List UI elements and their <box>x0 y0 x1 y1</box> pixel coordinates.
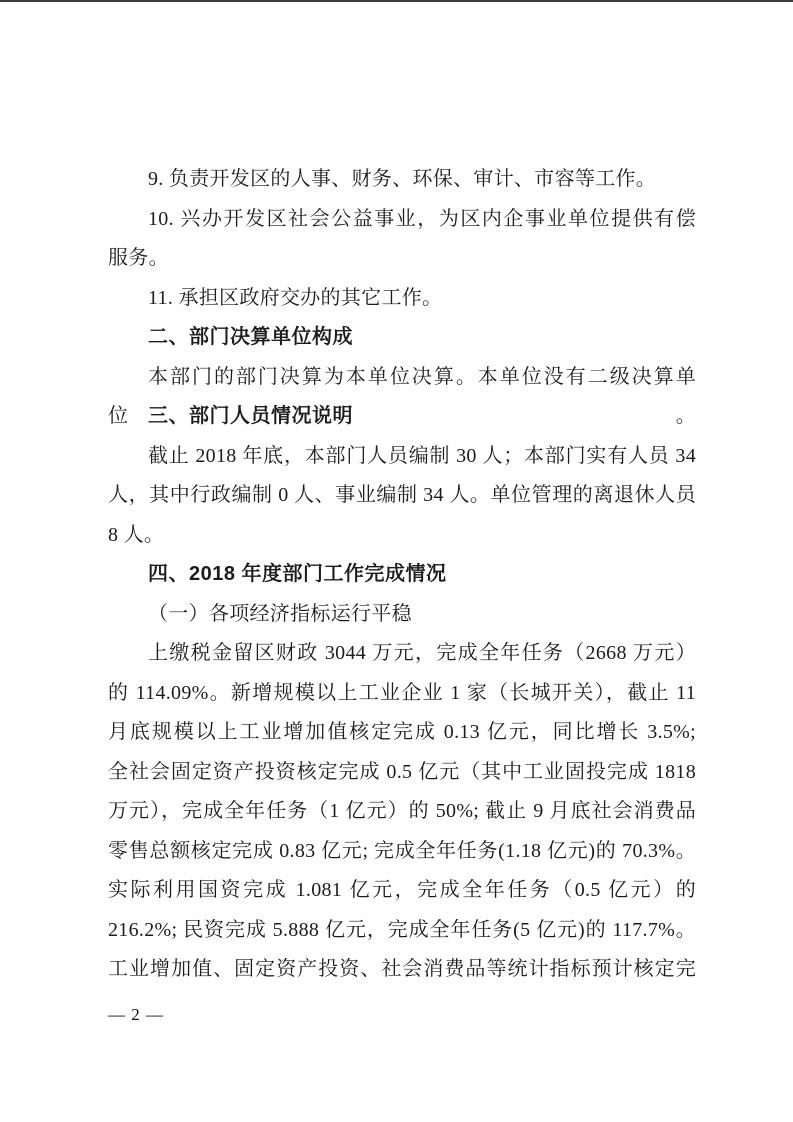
para-unit-composition: 本部门的部门决算为本单位决算。本单位没有二级决算单位。 <box>108 358 696 398</box>
page-number: — 2 — <box>108 1001 164 1029</box>
para-econ-line-7: 实际利用国资完成 1.081 亿元，完成全年任务（0.5 亿元）的 <box>108 871 696 911</box>
work-item-9: 9. 负责开发区的人事、财务、环保、审计、市容等工作。 <box>108 160 696 200</box>
section-heading-4: 四、2018 年度部门工作完成情况 <box>108 555 696 595</box>
para-econ-line-8: 216.2%; 民资完成 5.888 亿元，完成全年任务(5 亿元)的 117.… <box>108 911 696 951</box>
subsection-heading-4-1: （一）各项经济指标运行平稳 <box>108 595 696 635</box>
para-personnel-line-2: 人，其中行政编制 0 人、事业编制 34 人。单位管理的离退休人员 <box>108 476 696 516</box>
para-econ-line-6: 零售总额核定完成 0.83 亿元; 完成全年任务(1.18 亿元)的 70.3%… <box>108 832 696 872</box>
work-item-10-line-1: 10. 兴办开发区社会公益事业，为区内企事业单位提供有偿 <box>108 200 696 240</box>
para-personnel-line-1: 截止 2018 年底，本部门人员编制 30 人；本部门实有人员 34 <box>108 437 696 477</box>
section-heading-2: 二、部门决算单位构成 <box>108 318 696 358</box>
para-econ-line-1: 上缴税金留区财政 3044 万元，完成全年任务（2668 万元） <box>108 634 696 674</box>
para-econ-line-9: 工业增加值、固定资产投资、社会消费品等统计指标预计核定完 <box>108 950 696 990</box>
para-personnel-line-3: 8 人。 <box>108 516 696 556</box>
para-econ-line-5: 万元），完成全年任务（1 亿元）的 50%; 截止 9 月底社会消费品 <box>108 792 696 832</box>
document-page: 9. 负责开发区的人事、财务、环保、审计、市容等工作。 10. 兴办开发区社会公… <box>0 0 793 1122</box>
para-econ-line-4: 全社会固定资产投资核定完成 0.5 亿元（其中工业固投完成 1818 <box>108 753 696 793</box>
work-item-11: 11. 承担区政府交办的其它工作。 <box>108 279 696 319</box>
work-item-10-line-2: 服务。 <box>108 239 696 279</box>
para-econ-line-3: 月底规模以上工业增加值核定完成 0.13 亿元，同比增长 3.5%; <box>108 713 696 753</box>
para-econ-line-2: 的 114.09%。新增规模以上工业企业 1 家（长城开关），截止 11 <box>108 674 696 714</box>
document-body: 9. 负责开发区的人事、财务、环保、审计、市容等工作。 10. 兴办开发区社会公… <box>108 160 696 990</box>
scan-edge-line <box>0 0 793 2</box>
